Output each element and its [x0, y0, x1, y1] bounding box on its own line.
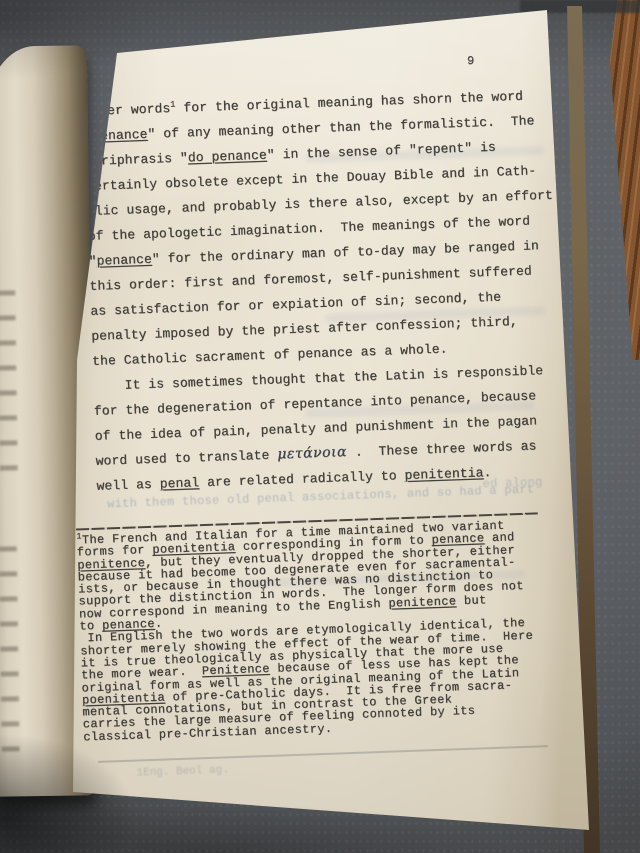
body-paragraphs: other words1 for the original meaning ha…	[83, 82, 577, 499]
typewritten-page: 9 other words1 for the original meaning …	[55, 10, 600, 853]
bleed-through-footnote: 1Eng. Beol ag.	[136, 764, 229, 779]
page-number: 9	[467, 54, 474, 68]
typed-text-block: other words1 for the original meaning ha…	[83, 82, 585, 742]
footnote-text: 1The French and Italian for a time maint…	[98, 517, 585, 743]
bleed-through-fragment: ed along	[482, 475, 542, 491]
left-page-ghost-text-upper	[0, 290, 18, 470]
bleed-through-separator	[98, 745, 548, 762]
book-photo-scene: 9 other words1 for the original meaning …	[0, 0, 640, 853]
left-page-ghost-text-lower	[0, 546, 20, 756]
